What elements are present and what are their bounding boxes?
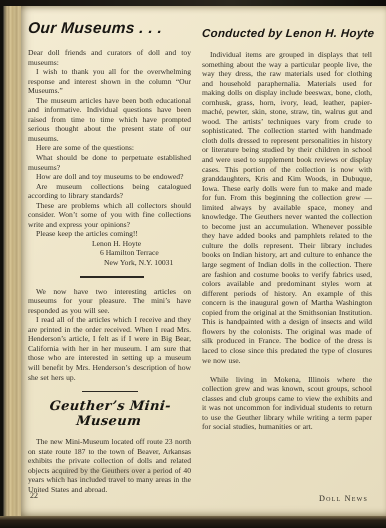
paragraph: Please keep the articles coming!! — [28, 229, 191, 239]
article-heading-geuthers-mini-museum: Geuther’s Mini-Museum — [26, 399, 192, 429]
paragraph: The museum articles have been both educa… — [28, 96, 191, 144]
page-number: 22 — [30, 491, 38, 500]
right-column: Conducted by Lenon H. Hoyte Individual i… — [202, 18, 372, 432]
paragraph: Are museum collections being catalogued … — [28, 182, 191, 201]
book-photo: Our Museums . . . Dear doll friends and … — [0, 0, 386, 528]
paragraph: I read all of the articles which I recei… — [28, 315, 191, 382]
paragraph: We now have two interesting articles on … — [28, 287, 191, 316]
section-divider — [80, 276, 144, 278]
book-binding-edge — [0, 0, 21, 522]
signature-address: 6 Hamilton Terrace — [100, 248, 191, 258]
column-title-conducted-by: Conducted by Lenon H. Hoyte — [202, 28, 373, 40]
paragraph: Dear doll friends and curators of doll a… — [28, 48, 191, 67]
paragraph: Here are some of the questions: — [28, 143, 191, 153]
paragraph: While living in Mokena, Illinois where t… — [202, 375, 372, 432]
signature-block: Lenon H. Hoyte 6 Hamilton Terrace New Yo… — [28, 239, 191, 268]
signature-name: Lenon H. Hoyte — [92, 239, 191, 249]
left-column: Our Museums . . . Dear doll friends and … — [28, 18, 191, 494]
column-title-our-museums: Our Museums . . . — [27, 20, 191, 38]
signature-city: New York, N.Y. 10031 — [104, 258, 191, 268]
bottom-shadow — [0, 516, 386, 528]
paper-show-through — [51, 466, 171, 480]
paragraph: What should be done to perpetuate establ… — [28, 153, 191, 172]
magazine-page: Our Museums . . . Dear doll friends and … — [21, 6, 386, 516]
section-divider — [82, 391, 138, 392]
paragraph: How are doll and toy museums to be endow… — [28, 172, 191, 182]
paragraph: These are problems which all collectors … — [28, 201, 191, 230]
paragraph: Individual items are grouped in displays… — [202, 50, 372, 365]
paragraph: I wish to thank you all for the overwhel… — [28, 67, 191, 96]
publication-name: Doll News — [319, 494, 368, 503]
